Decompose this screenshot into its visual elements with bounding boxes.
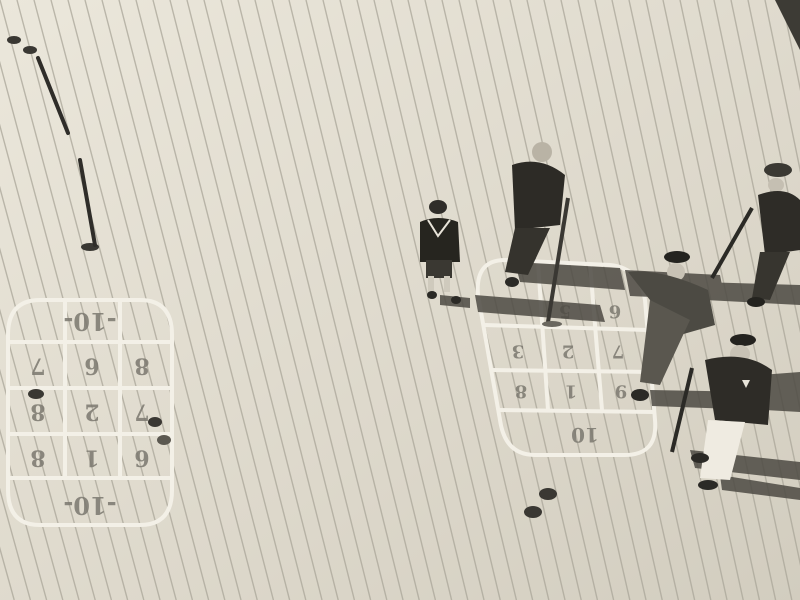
court-number: 1 <box>84 445 99 471</box>
court-number: -10- <box>63 491 116 520</box>
court-number: 6 <box>134 445 149 471</box>
court-number: 8 <box>30 445 45 471</box>
court-number: 6 <box>609 300 622 321</box>
court-number: 7 <box>30 353 45 379</box>
court-number: 7 <box>134 399 149 425</box>
court-number: 10 <box>571 423 599 447</box>
court-number: 1 <box>565 380 578 401</box>
court-number: 8 <box>30 399 45 425</box>
court-number: 2 <box>84 399 99 425</box>
photograph: -10-768827816-10- 5632781910 <box>0 0 800 600</box>
court-number: 2 <box>562 340 575 361</box>
court-number: 6 <box>84 353 99 379</box>
court-number: 3 <box>512 340 525 361</box>
court-number: -10- <box>63 307 116 336</box>
court-number: 9 <box>615 380 628 401</box>
court-number: 8 <box>134 353 149 379</box>
deck-scene: -10-768827816-10- 5632781910 <box>0 0 800 600</box>
court-number: 7 <box>612 340 625 361</box>
court-number: 8 <box>515 380 528 401</box>
